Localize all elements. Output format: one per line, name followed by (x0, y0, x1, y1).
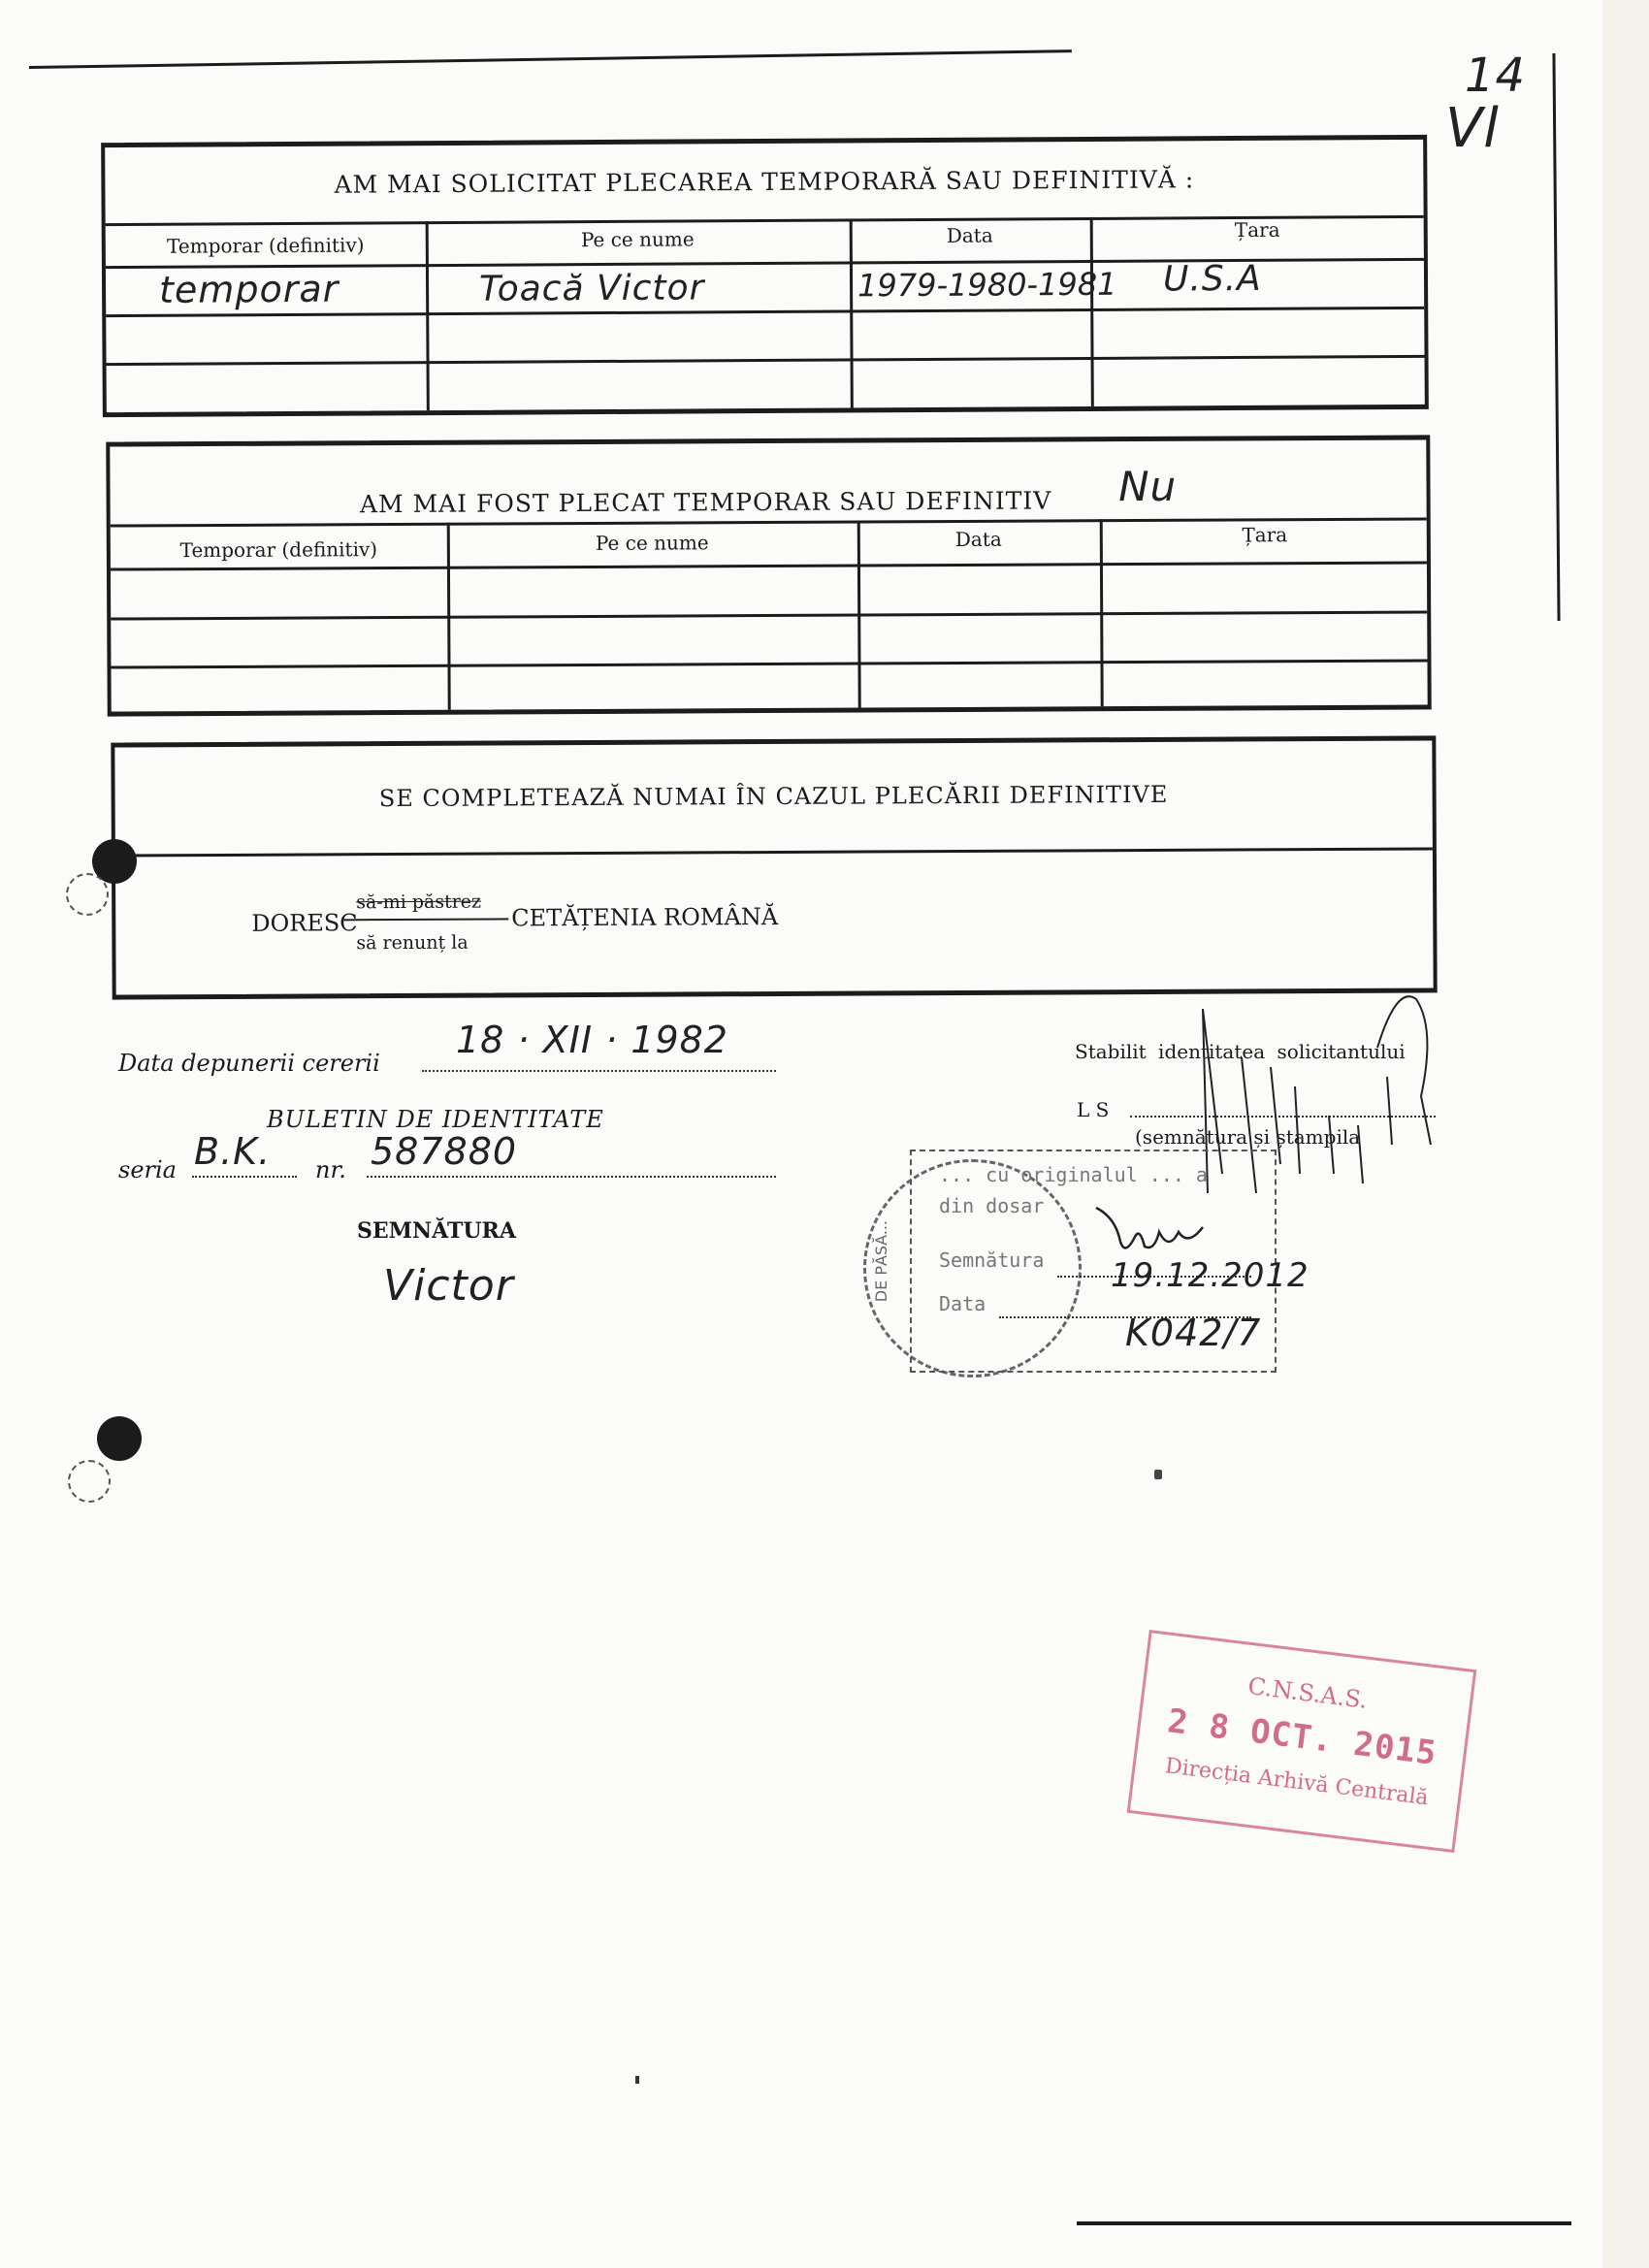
stamp-signature-label: Semnătura (939, 1248, 1044, 1272)
previous-departure-answer: Nu (1118, 463, 1177, 510)
cell-country: U.S.A (1163, 259, 1262, 300)
stamp-date-label: Data (939, 1292, 986, 1315)
cell-date: 1979-1980-1981 (857, 266, 1117, 305)
id-series-value: B.K. (194, 1130, 271, 1173)
right-margin-rule (1552, 53, 1560, 621)
col-header-country: Țara (1100, 522, 1430, 547)
cell-type: temporar (159, 268, 339, 311)
requested-departure-title: AM MAI SOLICITAT PLECAREA TEMPORARĂ SAU … (105, 164, 1423, 200)
previous-departure-title: AM MAI FOST PLECAT TEMPORAR SAU DEFINITI… (110, 469, 1426, 523)
ls-label: L S (1077, 1098, 1109, 1121)
id-number-value: 587880 (371, 1130, 517, 1173)
id-number-line (367, 1176, 776, 1178)
scan-speck (1154, 1470, 1162, 1479)
row-divider (111, 561, 1427, 570)
top-rule (29, 49, 1072, 69)
stamp-initials-signature (1086, 1198, 1222, 1266)
scan-speck (635, 2076, 639, 2084)
previous-departure-title-text: AM MAI FOST PLECAT TEMPORAR SAU DEFINITI… (360, 486, 1051, 518)
col-header-type: Temporar (definitiv) (106, 233, 426, 258)
definitive-departure-box: SE COMPLETEAZĂ NUMAI ÎN CAZUL PLECĂRII D… (111, 735, 1437, 999)
stamp-line1: ... cu originalul ... a (939, 1163, 1208, 1186)
col-divider (1090, 217, 1094, 406)
id-series-line (192, 1176, 297, 1178)
col-header-type: Temporar (definitiv) (111, 537, 447, 563)
hole-punch-ghost (66, 873, 109, 916)
col-header-country: Țara (1090, 217, 1425, 243)
applicant-signature: Victor (383, 1261, 514, 1311)
col-header-name: Pe ce nume (447, 531, 857, 556)
statement-suffix: CETĂȚENIA ROMÂNĂ (511, 903, 778, 931)
folio-initials: Vl (1445, 97, 1500, 160)
row-divider (111, 610, 1427, 620)
stamp-handwritten-ref: K042/7 (1125, 1312, 1261, 1354)
folio-number: 14 (1465, 49, 1526, 103)
row-divider (111, 659, 1427, 668)
statement-prefix: DORESC (251, 909, 357, 937)
option-selected: să renunț la (356, 932, 468, 955)
id-card-title: BULETIN DE IDENTITATE (267, 1106, 604, 1133)
submission-date-line (422, 1070, 776, 1072)
option-struck: să-mi păstrez (356, 891, 481, 914)
scan-edge (1602, 0, 1649, 2268)
option-divider (343, 918, 508, 921)
col-header-date: Data (857, 527, 1100, 551)
bottom-rule (1077, 2221, 1571, 2225)
stamp-line2: din dosar (939, 1194, 1044, 1217)
id-series-label: seria (118, 1156, 177, 1183)
definitive-departure-title: SE COMPLETEAZĂ NUMAI ÎN CAZUL PLECĂRII D… (115, 779, 1433, 813)
round-seal-text: DE PĂSĂ... (872, 1220, 890, 1302)
requested-departure-table: AM MAI SOLICITAT PLECAREA TEMPORARĂ SAU … (101, 135, 1429, 417)
col-header-date: Data (850, 223, 1090, 248)
submission-date-value: 18 · XII · 1982 (456, 1019, 728, 1061)
section-divider (115, 847, 1433, 857)
hole-punch-ghost (68, 1460, 111, 1503)
hole-punch (97, 1416, 142, 1461)
cell-name: Toacă Victor (479, 268, 705, 308)
previous-departure-table: AM MAI FOST PLECAT TEMPORAR SAU DEFINITI… (106, 435, 1431, 716)
id-number-label: nr. (315, 1156, 346, 1183)
signature-label: SEMNĂTURA (357, 1218, 516, 1244)
col-header-name: Pe ce nume (426, 226, 850, 252)
row-divider (107, 355, 1425, 366)
cnsas-archive-stamp: C.N.S.A.S. 2 8 OCT. 2015 Direcția Arhivă… (1127, 1630, 1477, 1853)
submission-date-label: Data depunerii cererii (118, 1050, 380, 1077)
